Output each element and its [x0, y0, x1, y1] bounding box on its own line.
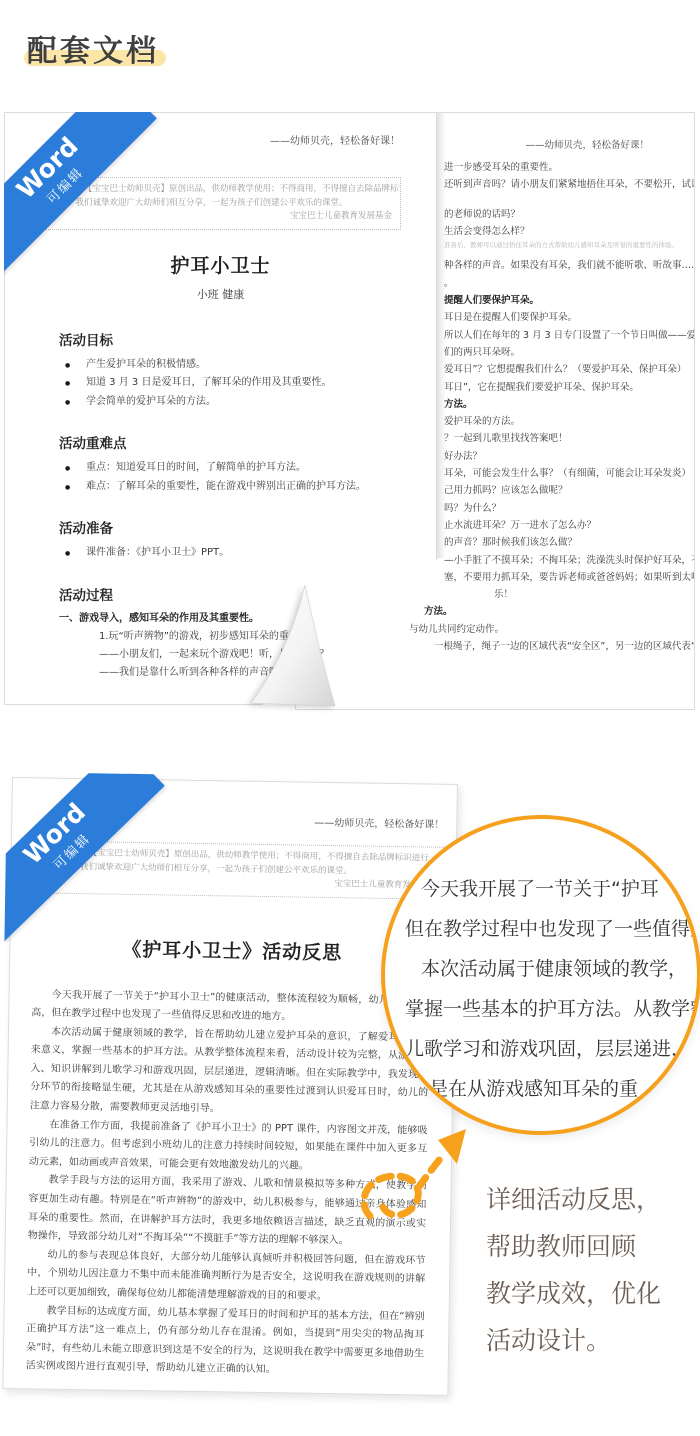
page2-text-line: —小手脏了不摸耳朵；不掏耳朵；洗澡洗头时保护好耳朵，不: [444, 552, 695, 569]
page2-text-line: 的声音？那时候我们该怎么做？: [444, 534, 695, 551]
lesson-subtitle: 小班 健康: [5, 287, 436, 302]
page2-text-line: ？一起到儿歌里找找答案吧！: [444, 430, 695, 447]
page2-text-line: 耳日”，它在提醒我们要爱护耳朵、保护耳朵。: [444, 379, 695, 396]
magnified-line: 是在从游戏感知耳朵的重: [405, 1069, 697, 1109]
goals-list: 产生爱护耳朵的积极情感。知道 3 月 3 日是爱耳日，了解耳朵的作用及其重要性。…: [5, 356, 436, 412]
key-points-list: 重点：知道爱耳日的时间，了解简单的护耳方法。难点：了解耳朵的重要性，能在游戏中辨…: [5, 459, 436, 496]
page2-text-line: 己用力抓吗？应该怎么做呢？: [444, 482, 695, 499]
reflection-paragraph: 本次活动属于健康领域的教学，旨在帮助幼儿建立爱护耳朵的意识，了解爱耳日的由来意义…: [30, 1023, 429, 1122]
page2-text-line: 塞，不要用力抓耳朵，要告诉老师或爸爸妈妈；如果听到太响: [444, 569, 695, 586]
reflection-page: ——幼师贝壳，轻松备好课！ 本内容为【宝宝巴士幼师贝壳】原创出品，供幼师教学使用…: [2, 777, 458, 1396]
page2-text-line: 爱耳日”？它想提醒我们什么？（要爱护耳朵、保护耳朵）: [444, 361, 695, 378]
section-header: 配套文档: [27, 26, 159, 70]
page2-text-line: 所以人们在每年的 3 月 3 日专门设置了一个节日叫做——爱: [444, 327, 695, 344]
magnified-text: 今天我开展了一节关于“护耳但在教学过程中也发现了一些值得反本次活动属于健康领域的…: [385, 819, 697, 1109]
goal-item: 知道 3 月 3 日是爱耳日，了解耳朵的作用及其重要性。: [59, 374, 436, 393]
reflection-paragraph: 今天我开展了一节关于“护耳小卫士”的健康活动，整体流程较为顺畅，幼儿参与度较高，…: [31, 986, 430, 1029]
page2-text-line: 止水流进耳朵？万一进水了怎么办？: [444, 517, 695, 534]
page2-text-line: 好办法？: [444, 448, 695, 465]
callout-text-line: 教学成效，优化: [486, 1270, 700, 1317]
page2-text-line: 。: [444, 275, 695, 292]
page-curl-icon: [243, 585, 343, 710]
word-ribbon: Word 可编辑: [4, 772, 177, 945]
page2-text-line: 方法。: [444, 396, 695, 413]
page2-text-line: 准备后，教师可以通过捂住耳朵的方式帮助幼儿感知耳朵及听觉的重要性的体验。: [444, 240, 695, 257]
reflection-paragraph: 幼儿的参与表现总体良好，大部分幼儿能够认真倾听并积极回答问题，但在游戏环节中，个…: [27, 1246, 426, 1308]
page2-text-column: 进一步感受耳朵的重要性。还听到声音吗？请小朋友们紧紧地捂住耳朵，不要松开，试试的…: [444, 159, 695, 655]
heading-goals: 活动目标: [59, 332, 436, 350]
page2-text-line: 生活会变得怎么样？: [444, 223, 695, 240]
preparation-item: 课件准备：《护耳小卫士》PPT。: [59, 544, 436, 563]
page2-text-line: 一根绳子，绳子一边的区域代表“安全区”，另一边的区域代表“危险区”。: [434, 638, 695, 655]
page2-text-line: 还听到声音吗？请小朋友们紧紧地捂住耳朵，不要松开，试试: [444, 176, 695, 193]
magnified-line: 掌握一些基本的护耳方法。从教学整: [405, 989, 697, 1029]
page2-text-line: 爱护耳朵的方法。: [444, 413, 695, 430]
key-point-item: 重点：知道爱耳日的时间，了解简单的护耳方法。: [59, 459, 436, 478]
magnified-line: 今天我开展了一节关于“护耳: [405, 869, 697, 909]
magnifier-circle: 今天我开展了一节关于“护耳但在教学过程中也发现了一些值得反本次活动属于健康领域的…: [381, 815, 700, 1135]
magnified-line: 儿歌学习和游戏巩固，层层递进，: [405, 1029, 697, 1069]
page2-text-line: 方法。: [424, 603, 695, 620]
preparation-list: 课件准备：《护耳小卫士》PPT。: [5, 544, 436, 563]
callout-text-line: 详细活动反思，: [486, 1176, 700, 1223]
magnified-line: 本次活动属于健康领域的教学，: [405, 949, 697, 989]
zoom-arrow-icon: [352, 1124, 487, 1239]
page2-text-line: 种各样的声音。如果没有耳朵，我们就不能听歌、听故事……: [444, 257, 695, 274]
key-point-item: 难点：了解耳朵的重要性，能在游戏中辨别出正确的护耳方法。: [59, 478, 436, 497]
page2-text-line: 与幼儿共同约定动作。: [409, 621, 695, 638]
callout-text-line: 帮助教师回顾: [486, 1223, 700, 1270]
page2-text-line: 耳日是在提醒人们要保护耳朵。: [444, 309, 695, 326]
page-title: 配套文档: [27, 26, 159, 70]
page2-text-line: 乐！: [494, 586, 695, 603]
page2-text-line: 耳朵，可能会发生什么事？（有细菌，可能会让耳朵发炎）: [444, 465, 695, 482]
goal-item: 产生爱护耳朵的积极情感。: [59, 356, 436, 375]
magnified-line: 但在教学过程中也发现了一些值得反: [405, 909, 697, 949]
word-badge: Word 可编辑: [0, 107, 157, 277]
page2-text-line: 提醒人们要保护耳朵。: [444, 292, 695, 309]
page2-text-line: 们的两只耳朵呀。: [444, 344, 695, 361]
goal-item: 学会简单的爱护耳朵的方法。: [59, 393, 436, 412]
reflection-paragraph: 教学目标的达成度方面，幼儿基本掌握了爱耳日的时间和护耳的基本方法，但在“辨别正确…: [26, 1302, 425, 1383]
callout-caption: 详细活动反思，帮助教师回顾教学成效，优化活动设计。: [486, 1176, 700, 1364]
word-ribbon: Word 可编辑: [0, 107, 169, 277]
page2-text-line: 的老师说的话吗？: [444, 206, 695, 223]
page2-text-line: 进一步感受耳朵的重要性。: [444, 159, 695, 176]
heading-key-points: 活动重难点: [59, 435, 436, 453]
page-canvas: 配套文档 ——幼师贝壳，轻松备好课！ 进一步感受耳朵的重要性。还听到声音吗？请小…: [0, 0, 700, 1436]
callout-text-line: 活动设计。: [486, 1317, 700, 1364]
word-badge: Word 可编辑: [4, 772, 165, 943]
heading-preparation: 活动准备: [59, 520, 436, 538]
page2-text-line: 吗？为什么？: [444, 500, 695, 517]
